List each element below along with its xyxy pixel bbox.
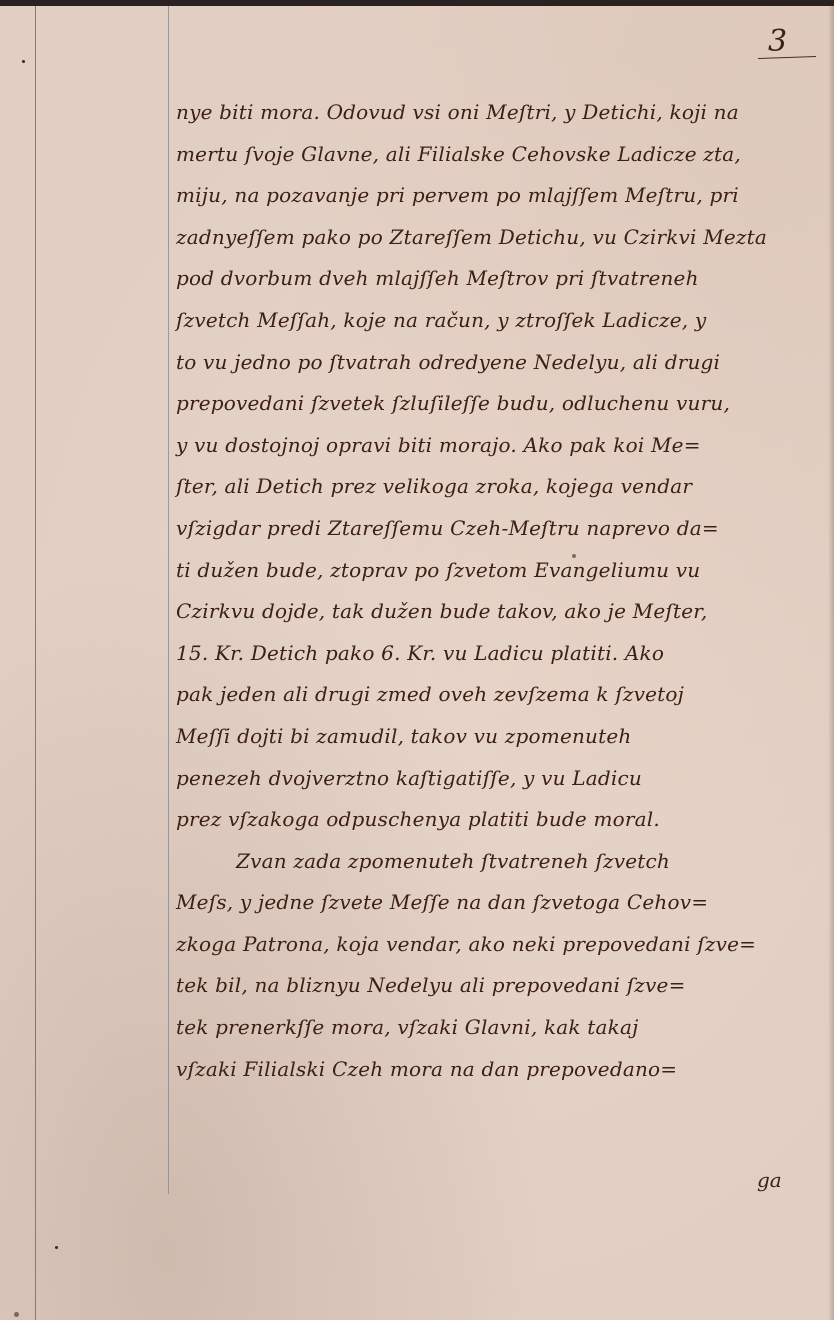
handwritten-text-block: nye biti mora. Odovud vsi oni Meſtri, y … (176, 92, 816, 1090)
text-line: prepovedani ſzvetek ſzluſileſſe budu, od… (176, 383, 816, 425)
text-line: to vu jedno po ſtvatrah odredyene Nedely… (176, 342, 816, 384)
paragraph-start-line: Zvan zada zpomenuteh ſtvatreneh ſzvetch (176, 841, 816, 883)
text-line: vſzigdar predi Ztareſſemu Czeh-Meſtru na… (176, 508, 816, 550)
text-line: mertu ſvoje Glavne, ali Filialske Cehovs… (176, 134, 816, 176)
text-line: ti dužen bude, ztoprav po ſzvetom Evange… (176, 550, 816, 592)
manuscript-page: 3 nye biti mora. Odovud vsi oni Meſtri, … (0, 6, 834, 1320)
ink-speck (55, 1246, 58, 1249)
text-line: zkoga Patrona, koja vendar, ako neki pre… (176, 924, 816, 966)
ink-speck (572, 554, 576, 558)
ink-speck (22, 60, 25, 63)
text-line: nye biti mora. Odovud vsi oni Meſtri, y … (176, 92, 816, 134)
text-line: tek bil, na bliznyu Nedelyu ali prepoved… (176, 965, 816, 1007)
text-line: pod dvorbum dveh mlajſſeh Meſtrov pri ſt… (176, 258, 816, 300)
text-line: ſzvetch Meſſah, koje na račun, y ztroſſe… (176, 300, 816, 342)
text-line: penezeh dvojverztno kaſtigatiſſe, y vu L… (176, 758, 816, 800)
text-line: 15. Kr. Detich pako 6. Kr. vu Ladicu pla… (176, 633, 816, 675)
catchword: ga (757, 1168, 782, 1192)
text-line: Czirkvu dojde, tak dužen bude takov, ako… (176, 591, 816, 633)
text-line: Meſſi dojti bi zamudil, takov vu zpomenu… (176, 716, 816, 758)
text-line: zadnyeſſem pako po Ztareſſem Detichu, vu… (176, 217, 816, 259)
text-line: miju, na pozavanje pri pervem po mlajſſe… (176, 175, 816, 217)
text-line: prez vſzakoga odpuschenya platiti bude m… (176, 799, 816, 841)
page-edge-shadow (828, 6, 834, 1320)
text-line: pak jeden ali drugi zmed oveh zevſzema k… (176, 674, 816, 716)
text-line: vſzaki Filialski Czeh mora na dan prepov… (176, 1049, 816, 1091)
text-line: y vu dostojnoj opravi biti morajo. Ako p… (176, 425, 816, 467)
text-line: Meſs, y jedne ſzvete Meſſe na dan ſzveto… (176, 882, 816, 924)
text-line: ſter, ali Detich prez velikoga zroka, ko… (176, 466, 816, 508)
text-line: tek prenerkſſe mora, vſzaki Glavni, kak … (176, 1007, 816, 1049)
page-number: 3 (768, 24, 787, 59)
ink-speck (14, 1312, 19, 1317)
margin-ruled-line (168, 6, 169, 1194)
outer-ruled-line (35, 6, 36, 1320)
